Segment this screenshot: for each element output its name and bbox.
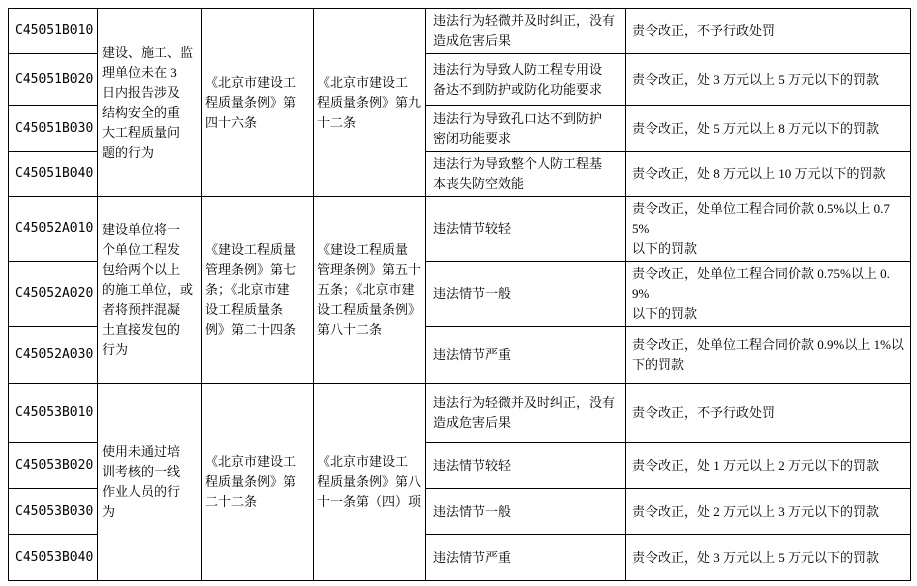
circumstance-cell: 违法情节较轻	[426, 443, 626, 489]
circumstance-cell: 违法情节较轻	[426, 197, 626, 262]
penalty-cell: 责令改正，处 3 万元以上 5 万元以下的罚款	[626, 54, 911, 106]
circumstance-cell: 违法情节一般	[426, 489, 626, 535]
penalty-cell: 责令改正，处单位工程合同价款 0.5%以上 0.75% 以下的罚款	[626, 197, 911, 262]
circumstance-cell: 违法情节严重	[426, 327, 626, 384]
legal-basis-1-cell: 《建设工程质量 管理条例》第七 条；《北京市建 设工程质量条 例》第二十四条	[202, 197, 314, 384]
behavior-cell: 建设单位将一 个单位工程发 包给两个以上 的施工单位，或 者将预拌混凝 土直接发…	[98, 197, 202, 384]
behavior-cell: 使用未通过培 训考核的一线 作业人员的行 为	[98, 384, 202, 581]
legal-basis-2-cell: 《北京市建设工 程质量条例》第八 十一条第（四）项	[314, 384, 426, 581]
circumstance-cell: 违法行为轻微并及时纠正，没有 造成危害后果	[426, 384, 626, 443]
penalty-cell: 责令改正，不予行政处罚	[626, 9, 911, 54]
behavior-cell: 建设、施工、监 理单位未在 3 日内报告涉及 结构安全的重 大工程质量问 题的行…	[98, 9, 202, 197]
code-cell: C45053B040	[9, 535, 98, 581]
penalty-cell: 责令改正，处 8 万元以上 10 万元以下的罚款	[626, 152, 911, 197]
code-cell: C45051B030	[9, 106, 98, 152]
penalty-cell: 责令改正，不予行政处罚	[626, 384, 911, 443]
circumstance-cell: 违法行为轻微并及时纠正，没有 造成危害后果	[426, 9, 626, 54]
circumstance-cell: 违法情节一般	[426, 262, 626, 327]
penalty-cell: 责令改正，处 3 万元以上 5 万元以下的罚款	[626, 535, 911, 581]
legal-basis-1-cell: 《北京市建设工 程质量条例》第 二十二条	[202, 384, 314, 581]
circumstance-cell: 违法情节严重	[426, 535, 626, 581]
document-page: C45051B010 建设、施工、监 理单位未在 3 日内报告涉及 结构安全的重…	[0, 0, 917, 586]
code-cell: C45051B010	[9, 9, 98, 54]
penalty-cell: 责令改正，处 5 万元以上 8 万元以下的罚款	[626, 106, 911, 152]
table-row: C45051B010 建设、施工、监 理单位未在 3 日内报告涉及 结构安全的重…	[9, 9, 911, 54]
legal-basis-2-cell: 《北京市建设工 程质量条例》第九 十二条	[314, 9, 426, 197]
penalty-cell: 责令改正，处单位工程合同价款 0.9%以上 1%以 下的罚款	[626, 327, 911, 384]
legal-basis-1-cell: 《北京市建设工 程质量条例》第 四十六条	[202, 9, 314, 197]
penalty-cell: 责令改正，处 1 万元以上 2 万元以下的罚款	[626, 443, 911, 489]
table-row: C45053B010 使用未通过培 训考核的一线 作业人员的行 为 《北京市建设…	[9, 384, 911, 443]
code-cell: C45053B020	[9, 443, 98, 489]
penalty-cell: 责令改正，处单位工程合同价款 0.75%以上 0.9% 以下的罚款	[626, 262, 911, 327]
code-cell: C45053B010	[9, 384, 98, 443]
table-row: C45052A010 建设单位将一 个单位工程发 包给两个以上 的施工单位，或 …	[9, 197, 911, 262]
code-cell: C45051B040	[9, 152, 98, 197]
code-cell: C45052A010	[9, 197, 98, 262]
circumstance-cell: 违法行为导致人防工程专用设 备达不到防护或防化功能要求	[426, 54, 626, 106]
code-cell: C45052A030	[9, 327, 98, 384]
circumstance-cell: 违法行为导致整个人防工程基 本丧失防空效能	[426, 152, 626, 197]
code-cell: C45053B030	[9, 489, 98, 535]
code-cell: C45051B020	[9, 54, 98, 106]
legal-basis-2-cell: 《建设工程质量 管理条例》第五十 五条；《北京市建 设工程质量条例》 第八十二条	[314, 197, 426, 384]
penalty-cell: 责令改正，处 2 万元以上 3 万元以下的罚款	[626, 489, 911, 535]
penalty-schedule-table: C45051B010 建设、施工、监 理单位未在 3 日内报告涉及 结构安全的重…	[8, 8, 911, 581]
circumstance-cell: 违法行为导致孔口达不到防护 密闭功能要求	[426, 106, 626, 152]
code-cell: C45052A020	[9, 262, 98, 327]
